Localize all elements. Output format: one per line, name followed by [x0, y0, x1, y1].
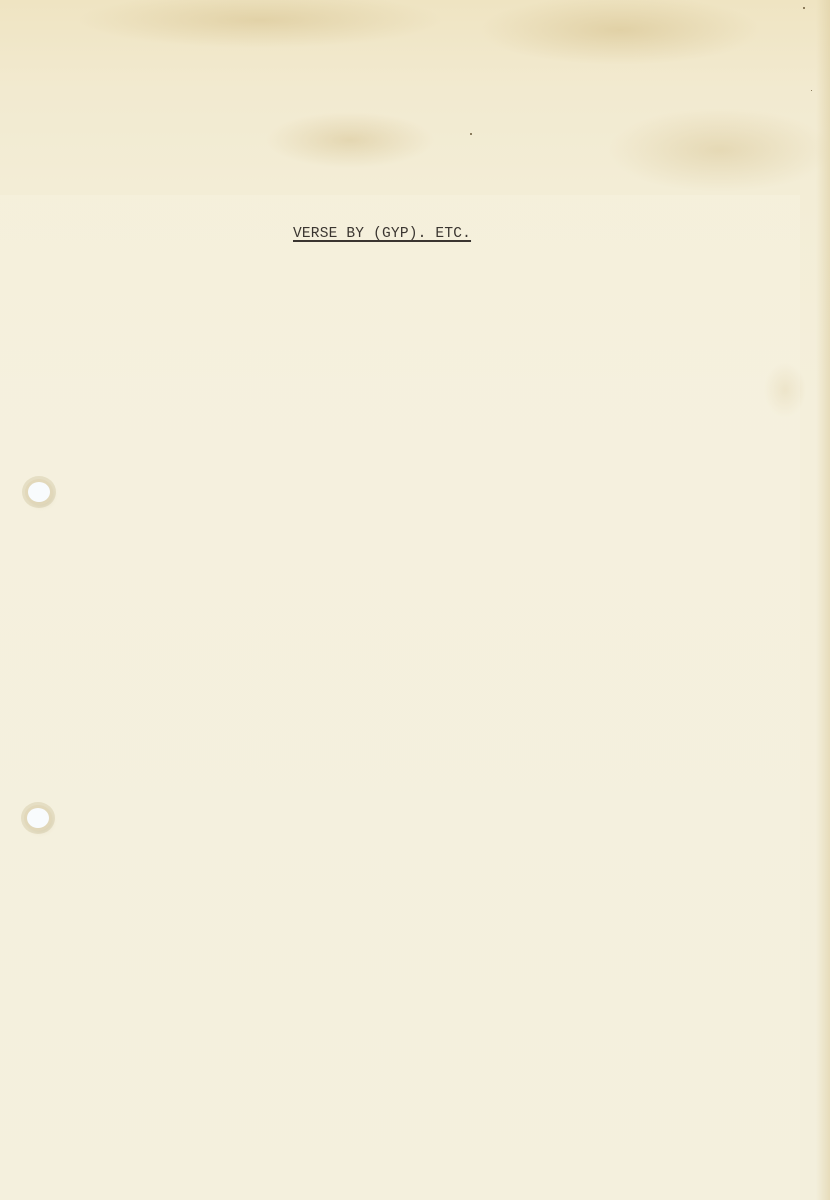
page-title: VERSE BY (GYP). ETC.: [293, 226, 471, 242]
paper-speck: [470, 133, 472, 135]
paper-speck: [803, 7, 805, 9]
paper-speck: [811, 90, 812, 91]
punch-hole-lower: [27, 808, 49, 828]
page-edge-shadow: [816, 0, 830, 1200]
document-page: VERSE BY (GYP). ETC.: [0, 0, 830, 1200]
punch-hole-upper: [28, 482, 50, 502]
